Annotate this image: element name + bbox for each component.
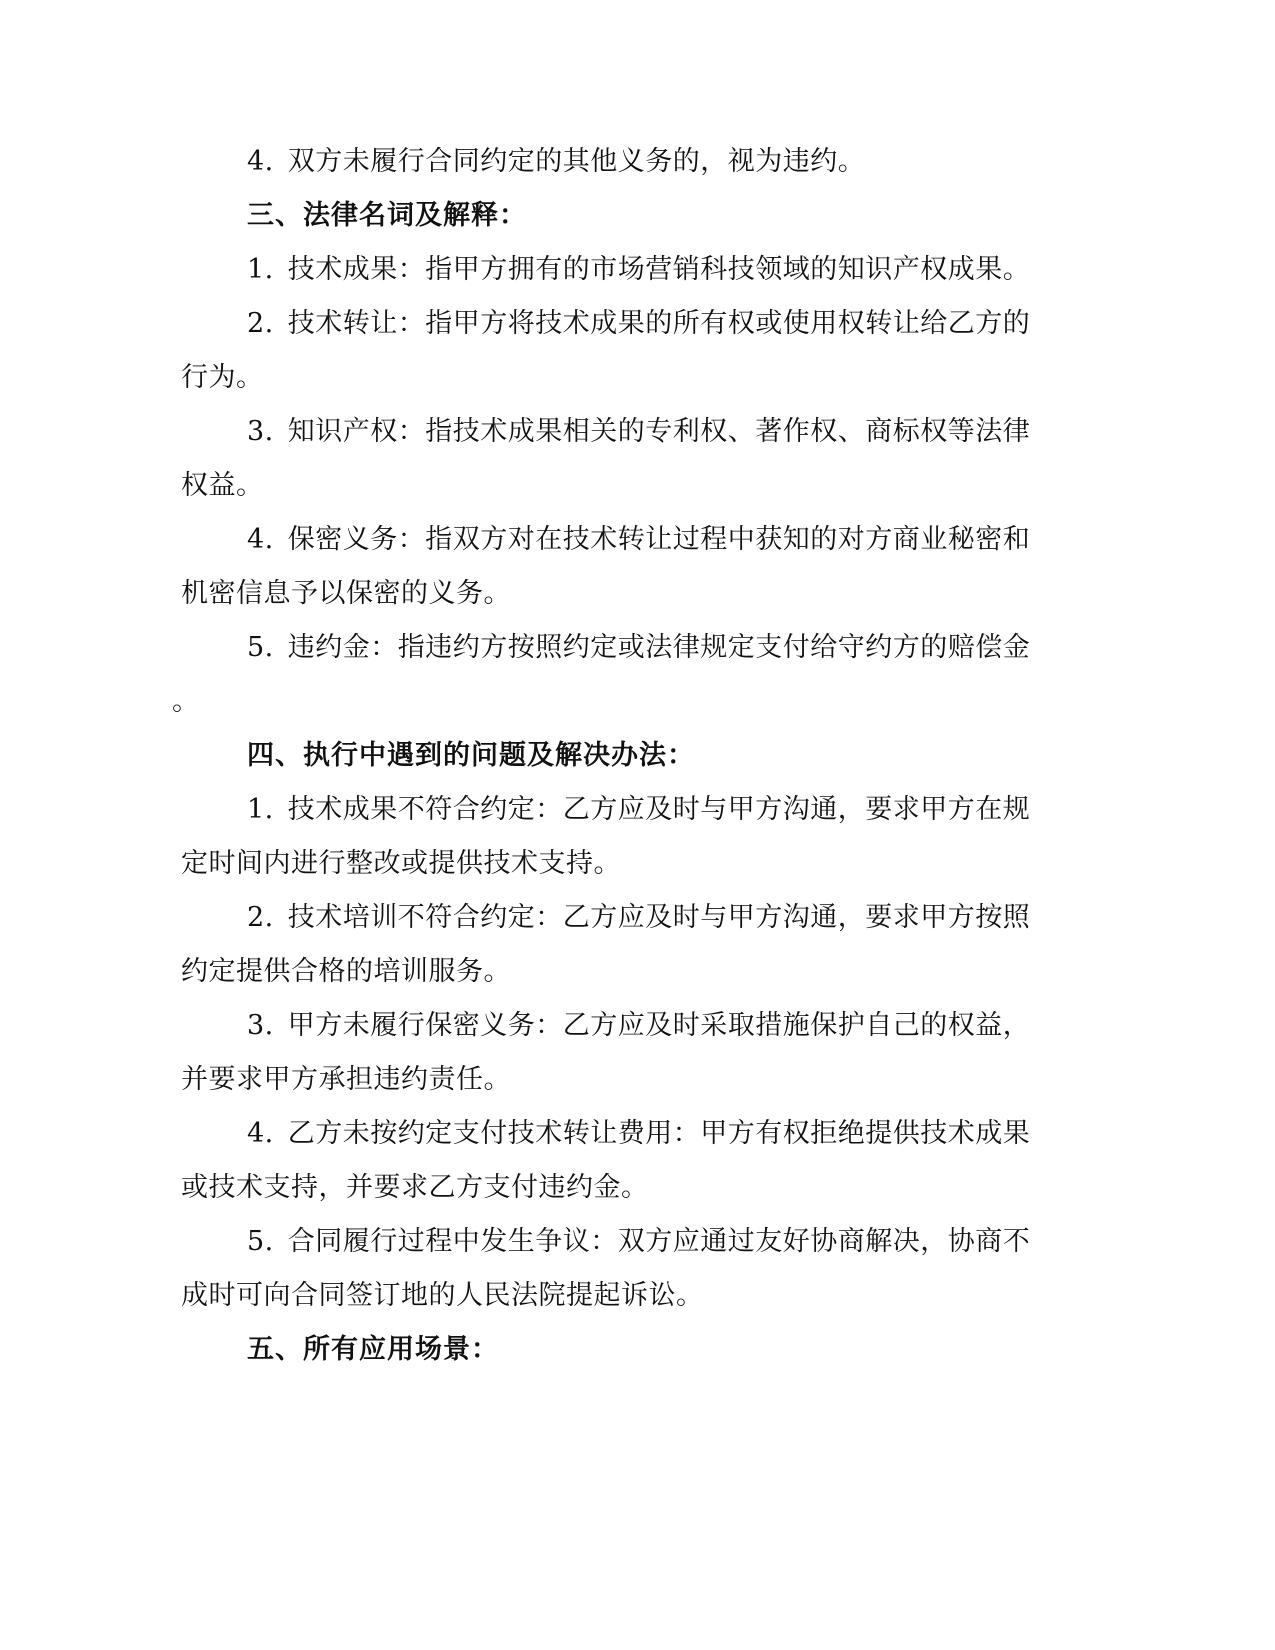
item-number: 5. — [247, 1226, 274, 1257]
definition-item-3-continuation: 权益。 — [181, 468, 264, 504]
issue-item-4: 4.乙方未按约定支付技术转让费用：甲方有权拒绝提供技术成果 — [247, 1116, 1030, 1152]
definition-item-2-continuation: 行为。 — [181, 360, 264, 396]
item-number: 4. — [247, 524, 274, 555]
item-number: 3. — [247, 1010, 274, 1041]
item-text: 技术转让：指甲方将技术成果的所有权或使用权转让给乙方的 — [288, 308, 1031, 339]
item-number: 5. — [247, 632, 274, 663]
item-text: 双方未履行合同约定的其他义务的，视为违约。 — [288, 146, 866, 177]
item-text: 甲方未履行保密义务：乙方应及时采取措施保护自己的权益， — [288, 1010, 1031, 1041]
item-number: 3. — [247, 416, 274, 447]
issue-item-4-continuation: 或技术支持，并要求乙方支付违约金。 — [181, 1170, 649, 1206]
definition-item-1: 1.技术成果：指甲方拥有的市场营销科技领域的知识产权成果。 — [247, 252, 1030, 288]
item-text: 技术成果：指甲方拥有的市场营销科技领域的知识产权成果。 — [288, 254, 1031, 285]
item-number: 4. — [247, 1118, 274, 1149]
section-heading-5: 五、所有应用场景： — [247, 1332, 499, 1368]
item-number: 4. — [247, 146, 274, 177]
item-text: 乙方未按约定支付技术转让费用：甲方有权拒绝提供技术成果 — [288, 1118, 1031, 1149]
issue-item-2: 2.技术培训不符合约定：乙方应及时与甲方沟通，要求甲方按照 — [247, 900, 1030, 936]
document-page: 4.双方未履行合同约定的其他义务的，视为违约。 三、法律名词及解释： 1.技术成… — [0, 0, 1275, 1650]
section-heading-4: 四、执行中遇到的问题及解决办法： — [247, 738, 695, 774]
item-number: 1. — [247, 254, 274, 285]
item-text: 保密义务：指双方对在技术转让过程中获知的对方商业秘密和 — [288, 524, 1031, 555]
definition-item-4: 4.保密义务：指双方对在技术转让过程中获知的对方商业秘密和 — [247, 522, 1030, 558]
definition-item-2: 2.技术转让：指甲方将技术成果的所有权或使用权转让给乙方的 — [247, 306, 1030, 342]
definition-item-5: 5.违约金：指违约方按照约定或法律规定支付给守约方的赔偿金 — [247, 630, 1030, 666]
issue-item-1: 1.技术成果不符合约定：乙方应及时与甲方沟通，要求甲方在规 — [247, 792, 1030, 828]
item-text: 技术培训不符合约定：乙方应及时与甲方沟通，要求甲方按照 — [288, 902, 1031, 933]
definition-item-4-continuation: 机密信息予以保密的义务。 — [181, 576, 511, 612]
item-text: 合同履行过程中发生争议：双方应通过友好协商解决，协商不 — [288, 1226, 1031, 1257]
issue-item-3: 3.甲方未履行保密义务：乙方应及时采取措施保护自己的权益， — [247, 1008, 1030, 1044]
issue-item-3-continuation: 并要求甲方承担违约责任。 — [181, 1062, 511, 1098]
obligation-item-4: 4.双方未履行合同约定的其他义务的，视为违约。 — [247, 144, 865, 180]
item-number: 2. — [247, 902, 274, 933]
issue-item-2-continuation: 约定提供合格的培训服务。 — [181, 954, 511, 990]
definition-item-5-continuation: 。 — [172, 684, 200, 720]
item-text: 技术成果不符合约定：乙方应及时与甲方沟通，要求甲方在规 — [288, 794, 1031, 825]
item-number: 1. — [247, 794, 274, 825]
section-heading-3: 三、法律名词及解释： — [247, 198, 527, 234]
issue-item-5-continuation: 成时可向合同签订地的人民法院提起诉讼。 — [181, 1278, 704, 1314]
item-text: 违约金：指违约方按照约定或法律规定支付给守约方的赔偿金 — [288, 632, 1031, 663]
item-text: 知识产权：指技术成果相关的专利权、著作权、商标权等法律 — [288, 416, 1031, 447]
definition-item-3: 3.知识产权：指技术成果相关的专利权、著作权、商标权等法律 — [247, 414, 1030, 450]
issue-item-5: 5.合同履行过程中发生争议：双方应通过友好协商解决，协商不 — [247, 1224, 1030, 1260]
item-number: 2. — [247, 308, 274, 339]
issue-item-1-continuation: 定时间内进行整改或提供技术支持。 — [181, 846, 621, 882]
